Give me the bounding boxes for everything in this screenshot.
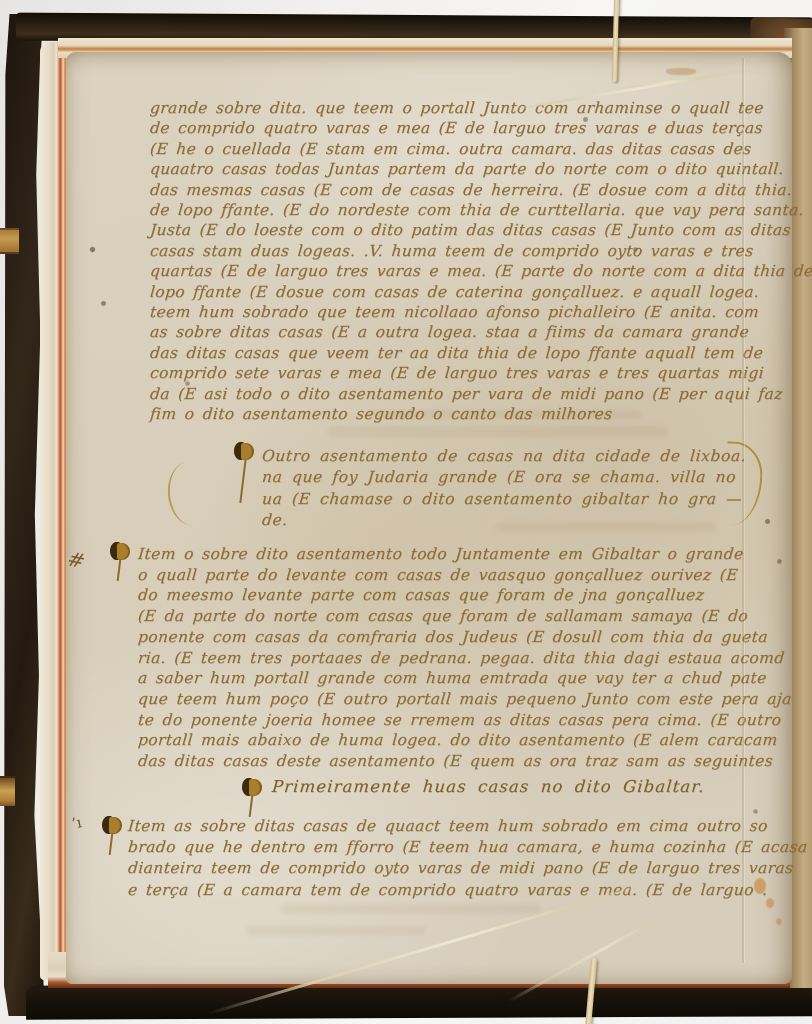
calderon-paragraph-mark-icon xyxy=(242,778,264,798)
manuscript-text-line: fim o dito asentamento segundo o canto d… xyxy=(149,404,812,424)
calderon-paragraph-mark-icon xyxy=(234,442,256,462)
manuscript-text-line: ua (E chamase o dito asentamento gibalta… xyxy=(261,489,747,510)
calderon-tail xyxy=(117,559,122,581)
manuscript-text-line: (E he o cuellada (E stam em cima. outra … xyxy=(149,139,812,159)
manuscript-text-line: das mesmas casas (E com de casas de herr… xyxy=(149,180,812,200)
ink-showthrough xyxy=(246,926,426,935)
calderon-paragraph-mark-icon xyxy=(110,542,132,562)
calderon-tail xyxy=(109,833,114,855)
manuscript-photo: grande sobre dita. que teem o portall Ju… xyxy=(0,0,812,1024)
manuscript-text-line: na que foy Judaria grande (E ora se cham… xyxy=(261,467,747,488)
pen-flourish xyxy=(165,460,209,528)
manuscript-text-line: quaatro casas todas Juntas partem da par… xyxy=(149,159,812,179)
manuscript-text-line: Primeiramente huas casas no dito Gibalta… xyxy=(271,776,706,798)
calderon-tail xyxy=(239,459,246,503)
manuscript-text-line: (E da parte do norte com casas que foram… xyxy=(137,606,793,627)
manuscript-text-line: dianteira teem de comprido oyto varas de… xyxy=(127,858,808,879)
ink-specks xyxy=(66,52,69,55)
manuscript-text-line: te do ponente joeria homee se rremem as … xyxy=(137,710,793,731)
manuscript-text-line: quartas (E de larguo tres varas e mea. (… xyxy=(149,261,812,281)
manuscript-text-line: brado que he dentro em fforro (E teem hu… xyxy=(127,837,808,858)
ink-showthrough xyxy=(328,426,668,437)
manuscript-text-line: de. xyxy=(261,510,747,531)
calderon-paragraph-mark-icon xyxy=(102,816,124,836)
text-block-inset-note: Outro asentamento de casas na dita cidad… xyxy=(262,446,746,531)
manuscript-text-line: comprido sete varas e mea (E de larguo t… xyxy=(149,363,812,383)
manuscript-text-line: lopo ffante (E dosue com casas de cateri… xyxy=(149,282,812,302)
orange-stain xyxy=(776,918,782,925)
section-heading: Primeiramente huas casas no dito Gibalta… xyxy=(272,776,705,798)
margin-hash-mark: # xyxy=(64,547,89,573)
tan-streak xyxy=(666,68,696,75)
manuscript-text-line: ria. (E teem tres portaaes de pedrana. p… xyxy=(137,648,793,669)
text-block-item: Item o sobre dito asentamento todo Junta… xyxy=(138,544,792,772)
manuscript-text-line: da (E asi todo o dito asentamento per va… xyxy=(149,384,812,404)
vertical-crease xyxy=(742,58,744,963)
closing-bracket-flourish xyxy=(725,441,764,526)
manuscript-text-line: o quall parte do levante com casas de va… xyxy=(137,565,793,586)
manuscript-text-line: Justa (E do loeste com o dito patim das … xyxy=(149,220,812,240)
manuscript-text-line: portall mais abaixo de huma logea. do di… xyxy=(137,730,793,751)
manuscript-text-line: do meesmo levante parte com casas que fo… xyxy=(137,585,793,606)
manuscript-text-line: teem hum sobrado que teem nicollaao afon… xyxy=(149,302,812,322)
margin-tick-mark: ’ı xyxy=(70,813,83,833)
parchment-page: grande sobre dita. que teem o portall Ju… xyxy=(66,52,792,984)
manuscript-text-line: das ditas casas deste asentamento (E que… xyxy=(137,751,793,772)
manuscript-text-line: Outro asentamento de casas na dita cidad… xyxy=(261,446,747,467)
manuscript-text-line: de comprido quatro varas e mea (E de lar… xyxy=(149,118,812,138)
calderon-gold-half xyxy=(249,779,262,796)
calderon-tail xyxy=(249,795,254,817)
manuscript-text-line: a saber hum portall grande com huma emtr… xyxy=(137,668,793,689)
manuscript-text-line: grande sobre dita. que teem o portall Ju… xyxy=(149,98,812,118)
leather-clasp-strap-lower xyxy=(0,776,15,806)
manuscript-text-line: de lopo ffante. (E do nordeste com thia … xyxy=(149,200,812,220)
manuscript-text-line: Item as sobre ditas casas de quaact teem… xyxy=(127,816,808,837)
manuscript-text-line: Item o sobre dito asentamento todo Junta… xyxy=(137,544,793,565)
text-block-main: grande sobre dita. que teem o portall Ju… xyxy=(150,98,812,425)
manuscript-text-line: casas stam duas logeas. .V. huma teem de… xyxy=(149,241,812,261)
calderon-gold-half xyxy=(109,817,122,834)
manuscript-text-line: que teem hum poço (E outro portall mais … xyxy=(137,689,793,710)
manuscript-text-line: das ditas casas que veem ter aa dita thi… xyxy=(149,343,812,363)
manuscript-text-line: as sobre ditas casas (E a outra logea. s… xyxy=(149,322,812,342)
manuscript-text-line: ponente com casas da comfraria dos Judeu… xyxy=(137,627,793,648)
ink-showthrough xyxy=(281,904,541,914)
calderon-gold-half xyxy=(241,443,254,460)
manuscript-text-line: e terça (E a camara tem de comprido quat… xyxy=(127,880,808,901)
leather-clasp-strap-upper xyxy=(0,228,19,254)
text-block-item-2: Item as sobre ditas casas de quaact teem… xyxy=(128,816,808,901)
calderon-gold-half xyxy=(117,543,130,560)
